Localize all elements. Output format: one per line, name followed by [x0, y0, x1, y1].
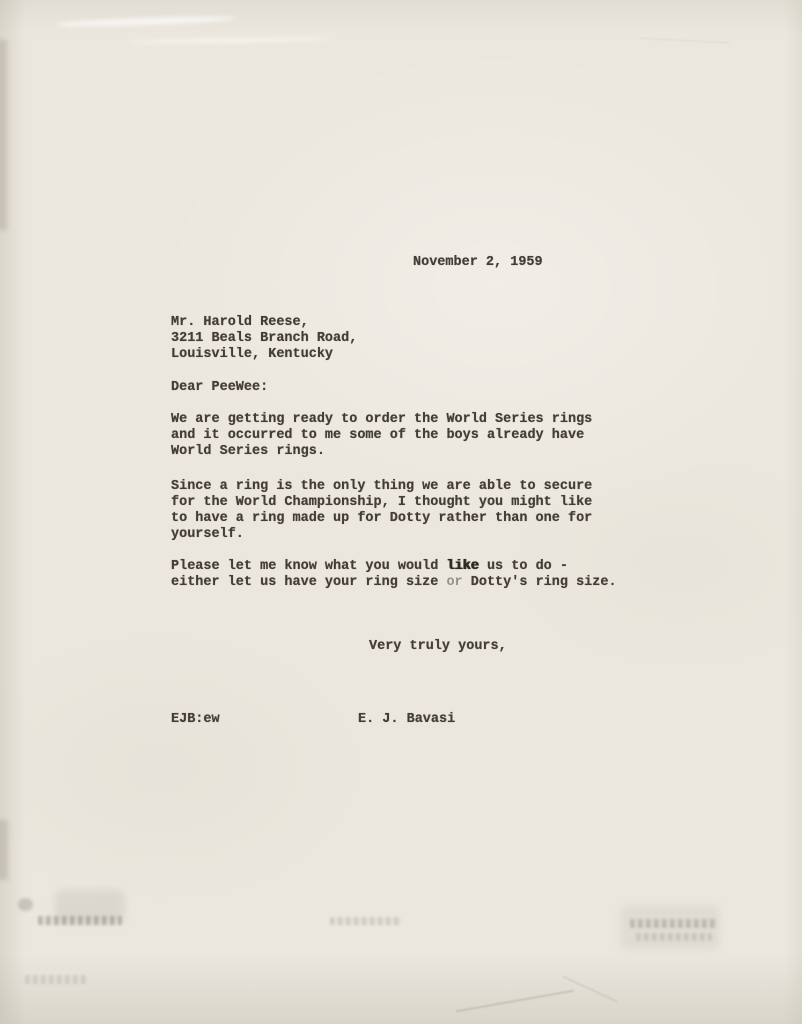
recipient-address-line: Mr. Harold Reese, — [171, 315, 309, 331]
body-paragraph-1-line: World Series rings. — [171, 444, 325, 460]
paper-crease — [55, 15, 235, 28]
ghost-text-band — [630, 919, 718, 928]
signature-name: E. J. Bavasi — [358, 712, 455, 728]
paper-crease — [562, 975, 617, 1002]
body-paragraph-1-line: We are getting ready to order the World … — [171, 412, 592, 428]
paragraph-3-text: us to do - — [479, 559, 568, 574]
recipient-address-line: 3211 Beals Branch Road, — [171, 331, 357, 347]
ghost-text-band — [330, 917, 402, 925]
paper-crease — [456, 990, 575, 1013]
paper-crease — [640, 38, 730, 44]
recipient-address-line: Louisville, Kentucky — [171, 347, 333, 363]
letter-page: November 2, 1959 Mr. Harold Reese, 3211 … — [0, 0, 802, 1024]
body-paragraph-1-line: and it occurred to me some of the boys a… — [171, 428, 584, 444]
body-paragraph-2-line: to have a ring made up for Dotty rather … — [171, 511, 592, 527]
paper-crease — [130, 36, 330, 44]
paper-edge-smudge — [0, 40, 7, 230]
ghost-text-band — [38, 916, 122, 925]
date-line: November 2, 1959 — [413, 255, 543, 271]
ghost-text-band — [25, 975, 87, 984]
salutation: Dear PeeWee: — [171, 380, 268, 396]
closing-line: Very truly yours, — [369, 639, 507, 655]
body-paragraph-2-line: for the World Championship, I thought yo… — [171, 495, 592, 511]
ink-spot — [18, 898, 33, 911]
smudge-patch — [620, 905, 720, 950]
typist-initials: EJB:ew — [171, 712, 220, 728]
body-paragraph-3-line: either let us have your ring size or Dot… — [171, 575, 617, 591]
paper-edge-smudge — [0, 820, 8, 880]
overstruck-word: like — [446, 559, 478, 574]
faded-word: or — [446, 575, 462, 590]
body-paragraph-2-line: Since a ring is the only thing we are ab… — [171, 479, 592, 495]
body-paragraph-2-line: yourself. — [171, 527, 244, 543]
ghost-text-band — [636, 933, 712, 941]
body-paragraph-3-line: Please let me know what you would like u… — [171, 559, 568, 575]
paragraph-3-text: Please let me know what you would — [171, 559, 446, 574]
smudge-patch — [55, 890, 125, 922]
paragraph-3-text: either let us have your ring size — [171, 575, 446, 590]
paragraph-3-text: Dotty's ring size. — [463, 575, 617, 590]
